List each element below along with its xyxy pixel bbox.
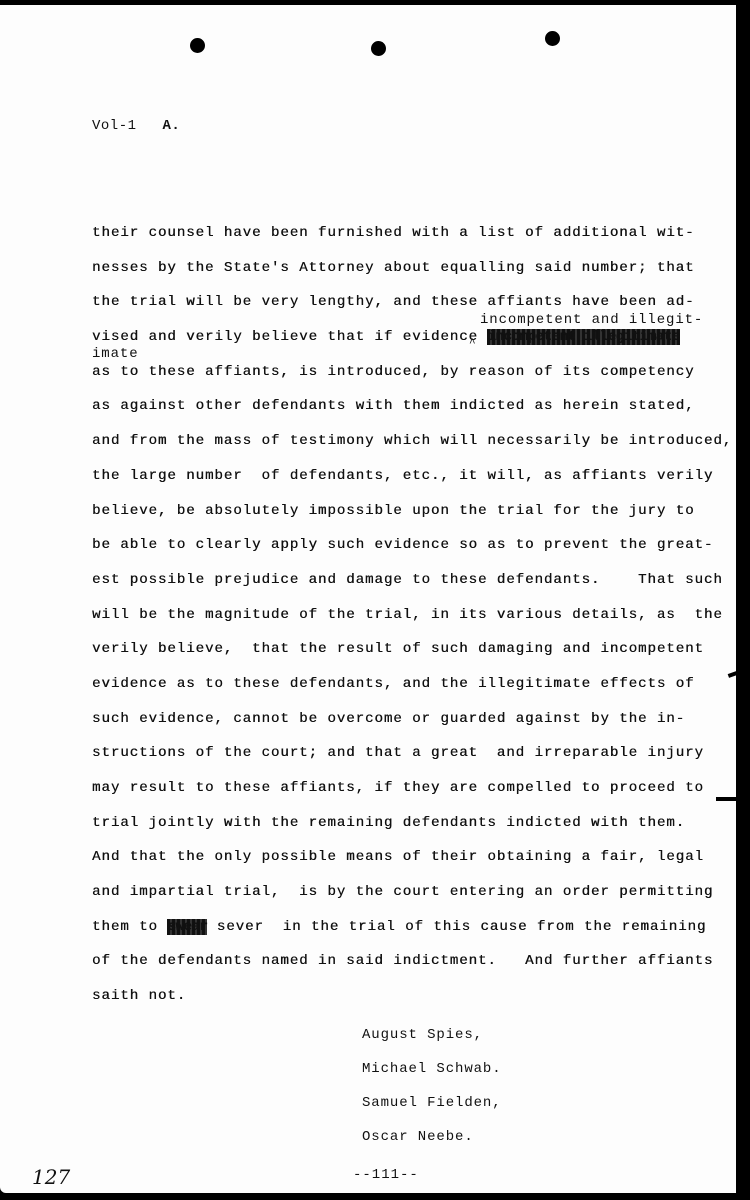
punch-hole bbox=[545, 31, 560, 46]
text-line: and from the mass of testimony which wil… bbox=[92, 429, 712, 464]
punch-hole bbox=[190, 38, 205, 53]
text-line: may result to these affiants, if they ar… bbox=[92, 776, 712, 811]
punch-hole bbox=[371, 41, 386, 56]
text-line: be able to clearly apply such evidence s… bbox=[92, 533, 712, 568]
text-line: trial jointly with the remaining defenda… bbox=[92, 811, 712, 846]
text-segment: vised and verily believe that if evidenc… bbox=[92, 329, 487, 345]
signatory-name: Michael Schwab. bbox=[362, 1061, 502, 1095]
handwritten-folio-number: 127 bbox=[32, 1165, 70, 1189]
text-line: structions of the court; and that a grea… bbox=[92, 741, 712, 776]
edge-tear-mark bbox=[716, 797, 736, 801]
struck-out-text: swear bbox=[167, 919, 207, 935]
text-line: est possible prejudice and damage to the… bbox=[92, 568, 712, 603]
text-line: of the defendants named in said indictme… bbox=[92, 949, 712, 984]
text-line: saith not. bbox=[92, 984, 712, 1019]
document-page: Vol-1A. incompetent and illegit- ^ imate… bbox=[0, 5, 736, 1193]
text-line: such evidence, cannot be overcome or gua… bbox=[92, 707, 712, 742]
text-line: evidence as to these defendants, and the… bbox=[92, 672, 712, 707]
signatory-name: Oscar Neebe. bbox=[362, 1129, 502, 1163]
text-segment: them to bbox=[92, 919, 167, 935]
affidavit-body: their counsel have been furnished with a… bbox=[92, 221, 712, 1019]
struck-out-text: incompetent illegitimate bbox=[487, 329, 679, 345]
text-line: as to these affiants, is introduced, by … bbox=[92, 360, 712, 395]
text-line: them to swear sever in the trial of this… bbox=[92, 915, 712, 950]
text-line: and impartial trial, is by the court ent… bbox=[92, 880, 712, 915]
text-line: believe, be absolutely impossible upon t… bbox=[92, 499, 712, 534]
signatory-name: Samuel Fielden, bbox=[362, 1095, 502, 1129]
text-line: their counsel have been furnished with a… bbox=[92, 221, 712, 256]
section-mark: A. bbox=[163, 118, 181, 134]
signature-block: August Spies, Michael Schwab. Samuel Fie… bbox=[362, 1027, 502, 1163]
page-number: --111-- bbox=[353, 1167, 419, 1183]
text-segment: sever in the trial of this cause from th… bbox=[207, 919, 706, 935]
text-line: the trial will be very lengthy, and thes… bbox=[92, 290, 712, 325]
text-line: nesses by the State's Attorney about equ… bbox=[92, 256, 712, 291]
volume-label: Vol-1 bbox=[92, 118, 137, 134]
text-line: the large number of defendants, etc., it… bbox=[92, 464, 712, 499]
text-line: And that the only possible means of thei… bbox=[92, 845, 712, 880]
signatory-name: August Spies, bbox=[362, 1027, 502, 1061]
text-line: as against other defendants with them in… bbox=[92, 394, 712, 429]
text-line: will be the magnitude of the trial, in i… bbox=[92, 603, 712, 638]
text-line: vised and verily believe that if evidenc… bbox=[92, 325, 712, 360]
text-line: verily believe, that the result of such … bbox=[92, 637, 712, 672]
volume-header: Vol-1A. bbox=[92, 118, 180, 134]
